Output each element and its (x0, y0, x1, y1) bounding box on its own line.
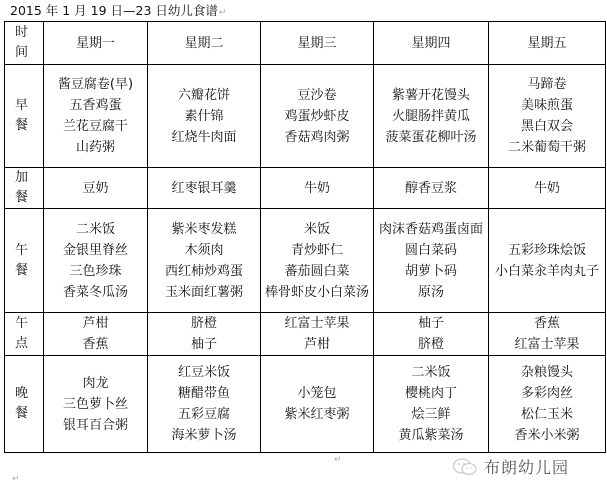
time-header-cell: 时 间 (5, 22, 44, 65)
menu-item: 香蕉 (46, 334, 145, 355)
menu-item: 醇香豆浆 (376, 178, 486, 199)
menu-item: 小笼包 (263, 383, 371, 404)
meal-label-char: 午 (15, 314, 41, 334)
menu-item: 三色萝卜丝 (46, 394, 145, 415)
meal-label-afternoon-snack: 午点 (5, 313, 44, 356)
menu-item: 二米饭 (46, 219, 145, 240)
menu-item: 米饭 (263, 219, 371, 240)
menu-item: 松仁玉米 (491, 404, 603, 425)
menu-item: 红烧牛肉面 (150, 127, 258, 148)
menu-item: 马蹄卷 (491, 74, 603, 95)
menu-item: 豆沙卷 (263, 85, 371, 106)
menu-cell-lunch-thursday: 肉沫香菇鸡蛋卤面圆白菜码胡萝卜码原汤 (374, 209, 489, 313)
day-header-tuesday: 星期二 (148, 22, 261, 65)
menu-cell-snack-thursday: 醇香豆浆 (374, 168, 489, 209)
menu-item: 小白菜汆羊肉丸子 (491, 261, 603, 282)
menu-item: 樱桃肉丁 (376, 383, 486, 404)
meal-label-char: 餐 (15, 116, 41, 136)
menu-cell-breakfast-friday: 马蹄卷美味煎蛋黑白双会二米葡萄干粥 (489, 65, 606, 168)
menu-cell-dinner-monday: 肉龙三色萝卜丝银耳百合粥 (44, 356, 148, 453)
meal-row-dinner: 晚餐肉龙三色萝卜丝银耳百合粥红豆米饭糖醋带鱼五彩豆腐海米萝卜汤小笼包紫米红枣粥二… (5, 356, 606, 453)
menu-item: 紫米枣发糕 (150, 219, 258, 240)
meal-label-dinner: 晚餐 (5, 356, 44, 453)
menu-item: 脐橙 (376, 334, 486, 355)
menu-item: 金银里脊丝 (46, 240, 145, 261)
menu-cell-dinner-friday: 杂粮馒头多彩肉丝松仁玉米香米小米粥 (489, 356, 606, 453)
menu-cell-breakfast-thursday: 紫薯开花馒头火腿肠拌黄瓜菠菜蛋花柳叶汤 (374, 65, 489, 168)
menu-item: 肉龙 (46, 373, 145, 394)
menu-item: 豆奶 (46, 178, 145, 199)
wechat-icon (452, 457, 478, 477)
meal-label-char: 餐 (15, 188, 41, 208)
menu-item: 美味煎蛋 (491, 95, 603, 116)
meal-row-breakfast: 早餐酱豆腐卷(早)五香鸡蛋兰花豆腐干山药粥六瓣花饼素什锦红烧牛肉面豆沙卷鸡蛋炒虾… (5, 65, 606, 168)
menu-cell-lunch-friday: 五彩珍珠烩饭小白菜汆羊肉丸子 (489, 209, 606, 313)
menu-item: 兰花豆腐干 (46, 116, 145, 137)
menu-cell-snack-wednesday: 牛奶 (261, 168, 374, 209)
menu-item: 火腿肠拌黄瓜 (376, 106, 486, 127)
menu-cell-snack-friday: 牛奶 (489, 168, 606, 209)
watermark-text: 布朗幼儿园 (484, 455, 569, 478)
menu-item: 香蕉 (491, 313, 603, 334)
day-header-friday: 星期五 (489, 22, 606, 65)
menu-cell-lunch-tuesday: 紫米枣发糕木须肉西红柿炒鸡蛋玉米面红薯粥 (148, 209, 261, 313)
menu-item: 芦柑 (263, 334, 371, 355)
meal-row-lunch: 午餐二米饭金银里脊丝三色珍珠香菜冬瓜汤紫米枣发糕木须肉西红柿炒鸡蛋玉米面红薯粥米… (5, 209, 606, 313)
menu-item: 青炒虾仁 (263, 240, 371, 261)
menu-cell-afternoon-snack-monday: 芦柑香蕉 (44, 313, 148, 356)
menu-item: 糖醋带鱼 (150, 383, 258, 404)
menu-item: 五彩豆腐 (150, 404, 258, 425)
title-text: 2015 年 1 月 19 日—23 日幼儿食谱 (10, 3, 218, 18)
menu-item: 山药粥 (46, 137, 145, 158)
meal-label-lunch: 午餐 (5, 209, 44, 313)
menu-cell-afternoon-snack-tuesday: 脐橙柚子 (148, 313, 261, 356)
meal-label-char: 餐 (15, 404, 41, 424)
menu-item: 棒骨虾皮小白菜汤 (263, 282, 371, 303)
menu-cell-lunch-wednesday: 米饭青炒虾仁蕃茄圆白菜棒骨虾皮小白菜汤 (261, 209, 374, 313)
menu-item: 酱豆腐卷(早) (46, 74, 145, 95)
menu-item: 素什锦 (150, 106, 258, 127)
menu-item: 圆白菜码 (376, 240, 486, 261)
menu-cell-afternoon-snack-wednesday: 红富士苹果芦柑 (261, 313, 374, 356)
menu-item: 肉沫香菇鸡蛋卤面 (376, 219, 486, 240)
menu-item: 木须肉 (150, 240, 258, 261)
menu-cell-snack-tuesday: 红枣银耳羹 (148, 168, 261, 209)
menu-item: 牛奶 (263, 178, 371, 199)
menu-item: 二米葡萄干粥 (491, 137, 603, 158)
menu-cell-dinner-thursday: 二米饭樱桃肉丁烩三鲜黄瓜紫菜汤 (374, 356, 489, 453)
meal-label-char: 加 (15, 168, 41, 188)
menu-item: 杂粮馒头 (491, 362, 603, 383)
menu-item: 二米饭 (376, 362, 486, 383)
menu-cell-breakfast-tuesday: 六瓣花饼素什锦红烧牛肉面 (148, 65, 261, 168)
paragraph-mark: ↵ (334, 455, 342, 465)
menu-item: 鸡蛋炒虾皮 (263, 106, 371, 127)
menu-item: 红豆米饭 (150, 362, 258, 383)
menu-item: 银耳百合粥 (46, 415, 145, 436)
paragraph-mark: ↵ (12, 474, 20, 484)
menu-cell-lunch-monday: 二米饭金银里脊丝三色珍珠香菜冬瓜汤 (44, 209, 148, 313)
meal-label-breakfast: 早餐 (5, 65, 44, 168)
menu-item: 脐橙 (150, 313, 258, 334)
menu-item: 西红柿炒鸡蛋 (150, 261, 258, 282)
meal-row-afternoon-snack: 午点芦柑香蕉脐橙柚子红富士苹果芦柑柚子脐橙香蕉红富士苹果 (5, 313, 606, 356)
menu-item: 多彩肉丝 (491, 383, 603, 404)
time-label-2: 间 (15, 43, 41, 63)
menu-item: 红富士苹果 (491, 334, 603, 355)
menu-item: 海米萝卜汤 (150, 425, 258, 446)
meal-label-char: 午 (15, 241, 41, 261)
menu-cell-afternoon-snack-friday: 香蕉红富士苹果 (489, 313, 606, 356)
menu-item: 黑白双会 (491, 116, 603, 137)
menu-item: 玉米面红薯粥 (150, 282, 258, 303)
menu-cell-dinner-wednesday: 小笼包紫米红枣粥 (261, 356, 374, 453)
menu-cell-snack-monday: 豆奶 (44, 168, 148, 209)
menu-item: 香菇鸡肉粥 (263, 127, 371, 148)
day-header-wednesday: 星期三 (261, 22, 374, 65)
menu-item: 烩三鲜 (376, 404, 486, 425)
time-label-1: 时 (15, 23, 41, 43)
menu-item: 原汤 (376, 282, 486, 303)
menu-item: 柚子 (150, 334, 258, 355)
meal-label-snack: 加餐 (5, 168, 44, 209)
paragraph-mark: ↵ (219, 8, 227, 18)
day-header-thursday: 星期四 (374, 22, 489, 65)
menu-item: 紫薯开花馒头 (376, 85, 486, 106)
menu-item: 六瓣花饼 (150, 85, 258, 106)
weekly-menu-table: 时 间 星期一 星期二 星期三 星期四 星期五 早餐酱豆腐卷(早)五香鸡蛋兰花豆… (4, 21, 606, 453)
meal-label-char: 晚 (15, 384, 41, 404)
menu-item: 牛奶 (491, 178, 603, 199)
meal-label-char: 早 (15, 96, 41, 116)
menu-item: 香菜冬瓜汤 (46, 282, 145, 303)
menu-item: 蕃茄圆白菜 (263, 261, 371, 282)
menu-item: 五彩珍珠烩饭 (491, 240, 603, 261)
meal-label-char: 点 (15, 334, 41, 354)
header-row: 时 间 星期一 星期二 星期三 星期四 星期五 (5, 22, 606, 65)
menu-cell-afternoon-snack-thursday: 柚子脐橙 (374, 313, 489, 356)
menu-item: 菠菜蛋花柳叶汤 (376, 127, 486, 148)
menu-item: 芦柑 (46, 313, 145, 334)
menu-item: 香米小米粥 (491, 425, 603, 446)
watermark: 布朗幼儿园 (452, 455, 569, 478)
menu-item: 紫米红枣粥 (263, 404, 371, 425)
meal-row-snack: 加餐豆奶红枣银耳羹牛奶醇香豆浆牛奶 (5, 168, 606, 209)
menu-item: 五香鸡蛋 (46, 95, 145, 116)
menu-item: 红枣银耳羹 (150, 178, 258, 199)
document-title: 2015 年 1 月 19 日—23 日幼儿食谱↵ (10, 3, 226, 21)
menu-item: 柚子 (376, 313, 486, 334)
day-header-monday: 星期一 (44, 22, 148, 65)
menu-cell-breakfast-monday: 酱豆腐卷(早)五香鸡蛋兰花豆腐干山药粥 (44, 65, 148, 168)
menu-cell-dinner-tuesday: 红豆米饭糖醋带鱼五彩豆腐海米萝卜汤 (148, 356, 261, 453)
menu-item: 红富士苹果 (263, 313, 371, 334)
meal-label-char: 餐 (15, 261, 41, 281)
menu-item: 胡萝卜码 (376, 261, 486, 282)
menu-cell-breakfast-wednesday: 豆沙卷鸡蛋炒虾皮香菇鸡肉粥 (261, 65, 374, 168)
menu-item: 三色珍珠 (46, 261, 145, 282)
menu-item: 黄瓜紫菜汤 (376, 425, 486, 446)
